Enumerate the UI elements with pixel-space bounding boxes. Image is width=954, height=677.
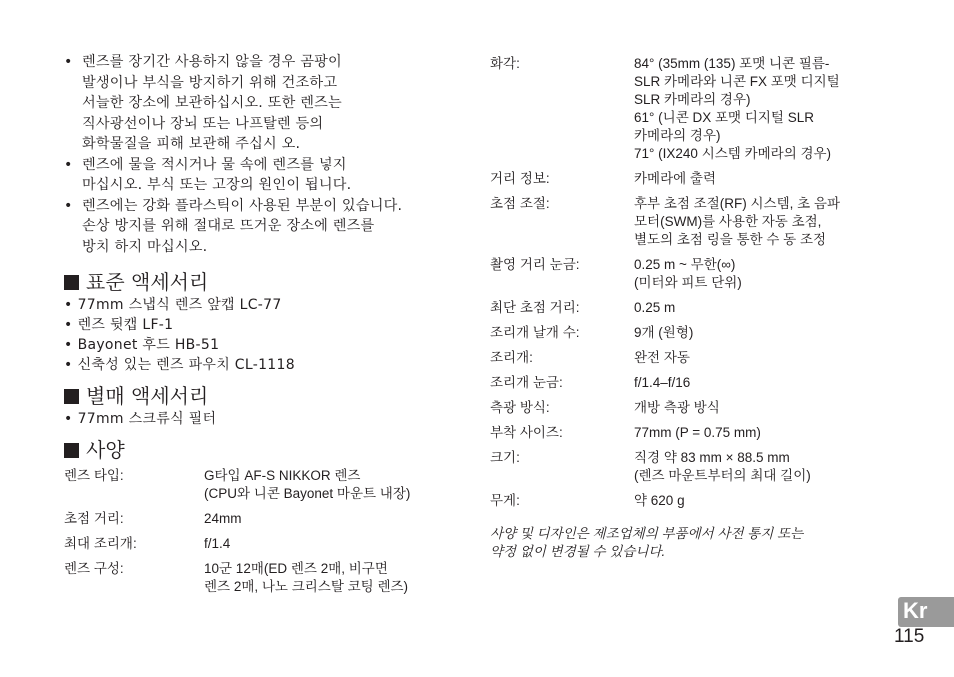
spec-row: 촬영 거리 눈금: 0.25 m ~ 무한(∞) (미터와 피트 단위) <box>490 256 840 299</box>
spec-value: 개방 측광 방식 <box>634 399 840 424</box>
spec-label: 촬영 거리 눈금: <box>490 256 634 299</box>
spec-label: 무게: <box>490 492 634 517</box>
bullet-icon: • <box>64 317 73 333</box>
spec-label: 조리개 눈금: <box>490 374 634 399</box>
standard-accessories-list: •77mm 스냅식 렌즈 앞캡 LC-77 •렌즈 뒷캡 LF-1 •Bayon… <box>64 295 464 375</box>
spec-label: 거리 정보: <box>490 170 634 195</box>
accessory-item: •렌즈 뒷캡 LF-1 <box>64 315 464 335</box>
spec-value-line: SLR 카메라와 니콘 FX 포맷 디지털 <box>634 73 840 91</box>
spec-row: 초점 조절: 후부 초점 조절(RF) 시스템, 초 음파 모터(SWM)를 사… <box>490 195 840 256</box>
caution-text: 화학물질을 피해 보관해 주십시 오. <box>82 134 464 155</box>
spec-value-line: 77mm (P = 0.75 mm) <box>634 424 840 442</box>
spec-value-line: 약 620 g <box>634 492 840 510</box>
spec-value-line: SLR 카메라의 경우) <box>634 91 840 109</box>
optional-accessories-list: •77mm 스크류식 필터 <box>64 409 464 429</box>
spec-value-line: 모터(SWM)를 사용한 자동 초점, <box>634 213 840 231</box>
caution-text: 방치 하지 마십시오. <box>82 237 464 258</box>
spec-value-line: 9개 (원형) <box>634 324 840 342</box>
spec-value-line: (렌즈 마운트부터의 최대 길이) <box>634 467 840 485</box>
caution-text: 손상 방지를 위해 절대로 뜨거운 장소에 렌즈를 <box>82 216 464 237</box>
spec-label: 최단 초점 거리: <box>490 299 634 324</box>
spec-value-line: G타입 AF-S NIKKOR 렌즈 <box>204 467 410 485</box>
spec-value: 후부 초점 조절(RF) 시스템, 초 음파 모터(SWM)를 사용한 자동 초… <box>634 195 840 256</box>
spec-value-line: f/1.4 <box>204 535 410 553</box>
spec-label: 렌즈 타입: <box>64 467 204 510</box>
spec-row: 조리개 눈금: f/1.4–f/16 <box>490 374 840 399</box>
spec-value: 9개 (원형) <box>634 324 840 349</box>
page-number: 115 <box>894 626 924 648</box>
language-tab-label: Kr <box>903 598 927 624</box>
spec-value-line: (미터와 피트 단위) <box>634 274 840 292</box>
spec-row: 조리개: 완전 자동 <box>490 349 840 374</box>
spec-value-line: 71° (IX240 시스템 카메라의 경우) <box>634 145 840 163</box>
spec-value-line: 84° (35mm (135) 포맷 니콘 필름- <box>634 55 840 73</box>
spec-value-line: 0.25 m ~ 무한(∞) <box>634 256 840 274</box>
caution-text: 렌즈에는 강화 플라스틱이 사용된 부분이 있습니다. <box>82 196 464 217</box>
caution-text: 직사광선이나 장뇌 또는 나프탈렌 등의 <box>82 114 464 135</box>
spec-value-line: 카메라에 출력 <box>634 170 840 188</box>
caution-item: • 렌즈를 장기간 사용하지 않을 경우 곰팡이 발생이나 부식을 방지하기 위… <box>64 52 464 155</box>
spec-value-line: 완전 자동 <box>634 349 840 367</box>
spec-disclaimer-note: 사양 및 디자인은 제조업체의 부품에서 사전 통지 또는 약정 없이 변경될 … <box>490 525 890 561</box>
spec-value-line: 렌즈 2매, 나노 크리스탈 코팅 렌즈) <box>204 578 410 596</box>
optional-accessories-heading: 별매 액세서리 <box>64 383 464 409</box>
spec-label: 크기: <box>490 449 634 492</box>
accessory-text: 77mm 스냅식 렌즈 앞캡 LC-77 <box>78 297 282 313</box>
spec-value: f/1.4–f/16 <box>634 374 840 399</box>
spec-table-left: 렌즈 타입: G타입 AF-S NIKKOR 렌즈 (CPU와 니콘 Bayon… <box>64 467 410 603</box>
spec-label: 렌즈 구성: <box>64 560 204 603</box>
spec-label: 조리개: <box>490 349 634 374</box>
accessory-item: •Bayonet 후드 HB-51 <box>64 335 464 355</box>
spec-label: 최대 조리개: <box>64 535 204 560</box>
spec-value: 77mm (P = 0.75 mm) <box>634 424 840 449</box>
spec-row: 렌즈 타입: G타입 AF-S NIKKOR 렌즈 (CPU와 니콘 Bayon… <box>64 467 410 510</box>
spec-row: 거리 정보: 카메라에 출력 <box>490 170 840 195</box>
bullet-icon: • <box>64 357 73 373</box>
accessory-text: Bayonet 후드 HB-51 <box>78 337 220 353</box>
bullet-icon: • <box>64 196 73 217</box>
spec-table-right: 화각: 84° (35mm (135) 포맷 니콘 필름- SLR 카메라와 니… <box>490 55 840 517</box>
spec-row: 부착 사이즈: 77mm (P = 0.75 mm) <box>490 424 840 449</box>
bullet-icon: • <box>64 297 73 313</box>
spec-value-line: 10군 12매(ED 렌즈 2매, 비구면 <box>204 560 410 578</box>
spec-value: 직경 약 83 mm × 88.5 mm (렌즈 마운트부터의 최대 길이) <box>634 449 840 492</box>
caution-item: • 렌즈에는 강화 플라스틱이 사용된 부분이 있습니다. 손상 방지를 위해 … <box>64 196 464 258</box>
square-bullet-icon <box>64 443 79 458</box>
heading-text: 사양 <box>86 438 125 462</box>
accessory-item: •77mm 스크류식 필터 <box>64 409 464 429</box>
accessory-text: 신축성 있는 렌즈 파우치 CL-1118 <box>78 357 295 373</box>
heading-text: 표준 액세서리 <box>86 270 208 294</box>
spec-value-line: f/1.4–f/16 <box>634 374 840 392</box>
accessory-text: 렌즈 뒷캡 LF-1 <box>78 317 174 333</box>
spec-row: 렌즈 구성: 10군 12매(ED 렌즈 2매, 비구면 렌즈 2매, 나노 크… <box>64 560 410 603</box>
spec-row: 무게: 약 620 g <box>490 492 840 517</box>
square-bullet-icon <box>64 275 79 290</box>
left-column: • 렌즈를 장기간 사용하지 않을 경우 곰팡이 발생이나 부식을 방지하기 위… <box>64 52 464 603</box>
bullet-icon: • <box>64 52 73 73</box>
spec-label: 초점 거리: <box>64 510 204 535</box>
language-tab: Kr <box>898 597 954 627</box>
spec-value: 완전 자동 <box>634 349 840 374</box>
spec-value: 0.25 m ~ 무한(∞) (미터와 피트 단위) <box>634 256 840 299</box>
spec-label: 조리개 날개 수: <box>490 324 634 349</box>
spec-row: 조리개 날개 수: 9개 (원형) <box>490 324 840 349</box>
spec-value-line: 0.25 m <box>634 299 840 317</box>
spec-label: 부착 사이즈: <box>490 424 634 449</box>
right-column: 화각: 84° (35mm (135) 포맷 니콘 필름- SLR 카메라와 니… <box>490 55 890 561</box>
spec-value-line: 별도의 초점 링을 통한 수 동 조정 <box>634 231 840 249</box>
specifications-heading: 사양 <box>64 437 464 463</box>
square-bullet-icon <box>64 389 79 404</box>
spec-row: 최대 조리개: f/1.4 <box>64 535 410 560</box>
spec-value-line: 24mm <box>204 510 410 528</box>
spec-value-line: (CPU와 니콘 Bayonet 마운트 내장) <box>204 485 410 503</box>
accessory-item: •신축성 있는 렌즈 파우치 CL-1118 <box>64 355 464 375</box>
spec-value: 24mm <box>204 510 410 535</box>
spec-row: 최단 초점 거리: 0.25 m <box>490 299 840 324</box>
bullet-icon: • <box>64 411 73 427</box>
spec-value: 0.25 m <box>634 299 840 324</box>
bullet-icon: • <box>64 155 73 176</box>
caution-item: • 렌즈에 물을 적시거나 물 속에 렌즈를 넣지 마십시오. 부식 또는 고장… <box>64 155 464 196</box>
heading-text: 별매 액세서리 <box>86 384 208 408</box>
spec-row: 화각: 84° (35mm (135) 포맷 니콘 필름- SLR 카메라와 니… <box>490 55 840 170</box>
spec-value: 약 620 g <box>634 492 840 517</box>
spec-value-line: 후부 초점 조절(RF) 시스템, 초 음파 <box>634 195 840 213</box>
spec-value: 84° (35mm (135) 포맷 니콘 필름- SLR 카메라와 니콘 FX… <box>634 55 840 170</box>
spec-value-line: 카메라의 경우) <box>634 127 840 145</box>
caution-text: 마십시오. 부식 또는 고장의 원인이 됩니다. <box>82 175 464 196</box>
spec-row: 측광 방식: 개방 측광 방식 <box>490 399 840 424</box>
spec-label: 측광 방식: <box>490 399 634 424</box>
spec-value-line: 개방 측광 방식 <box>634 399 840 417</box>
spec-value-line: 직경 약 83 mm × 88.5 mm <box>634 449 840 467</box>
caution-text: 서늘한 장소에 보관하십시오. 또한 렌즈는 <box>82 93 464 114</box>
caution-text: 렌즈에 물을 적시거나 물 속에 렌즈를 넣지 <box>82 155 464 176</box>
note-line: 약정 없이 변경될 수 있습니다. <box>490 543 890 561</box>
spec-row: 초점 거리: 24mm <box>64 510 410 535</box>
note-line: 사양 및 디자인은 제조업체의 부품에서 사전 통지 또는 <box>490 525 890 543</box>
spec-row: 크기: 직경 약 83 mm × 88.5 mm (렌즈 마운트부터의 최대 길… <box>490 449 840 492</box>
bullet-icon: • <box>64 337 73 353</box>
spec-value: 카메라에 출력 <box>634 170 840 195</box>
accessory-text: 77mm 스크류식 필터 <box>78 411 217 427</box>
spec-value: f/1.4 <box>204 535 410 560</box>
spec-label: 초점 조절: <box>490 195 634 256</box>
caution-list: • 렌즈를 장기간 사용하지 않을 경우 곰팡이 발생이나 부식을 방지하기 위… <box>64 52 464 257</box>
spec-value-line: 61° (니콘 DX 포맷 디지털 SLR <box>634 109 840 127</box>
caution-text: 발생이나 부식을 방지하기 위해 건조하고 <box>82 73 464 94</box>
spec-value: 10군 12매(ED 렌즈 2매, 비구면 렌즈 2매, 나노 크리스탈 코팅 … <box>204 560 410 603</box>
accessory-item: •77mm 스냅식 렌즈 앞캡 LC-77 <box>64 295 464 315</box>
spec-label: 화각: <box>490 55 634 170</box>
standard-accessories-heading: 표준 액세서리 <box>64 269 464 295</box>
spec-value: G타입 AF-S NIKKOR 렌즈 (CPU와 니콘 Bayonet 마운트 … <box>204 467 410 510</box>
caution-text: 렌즈를 장기간 사용하지 않을 경우 곰팡이 <box>82 52 464 73</box>
